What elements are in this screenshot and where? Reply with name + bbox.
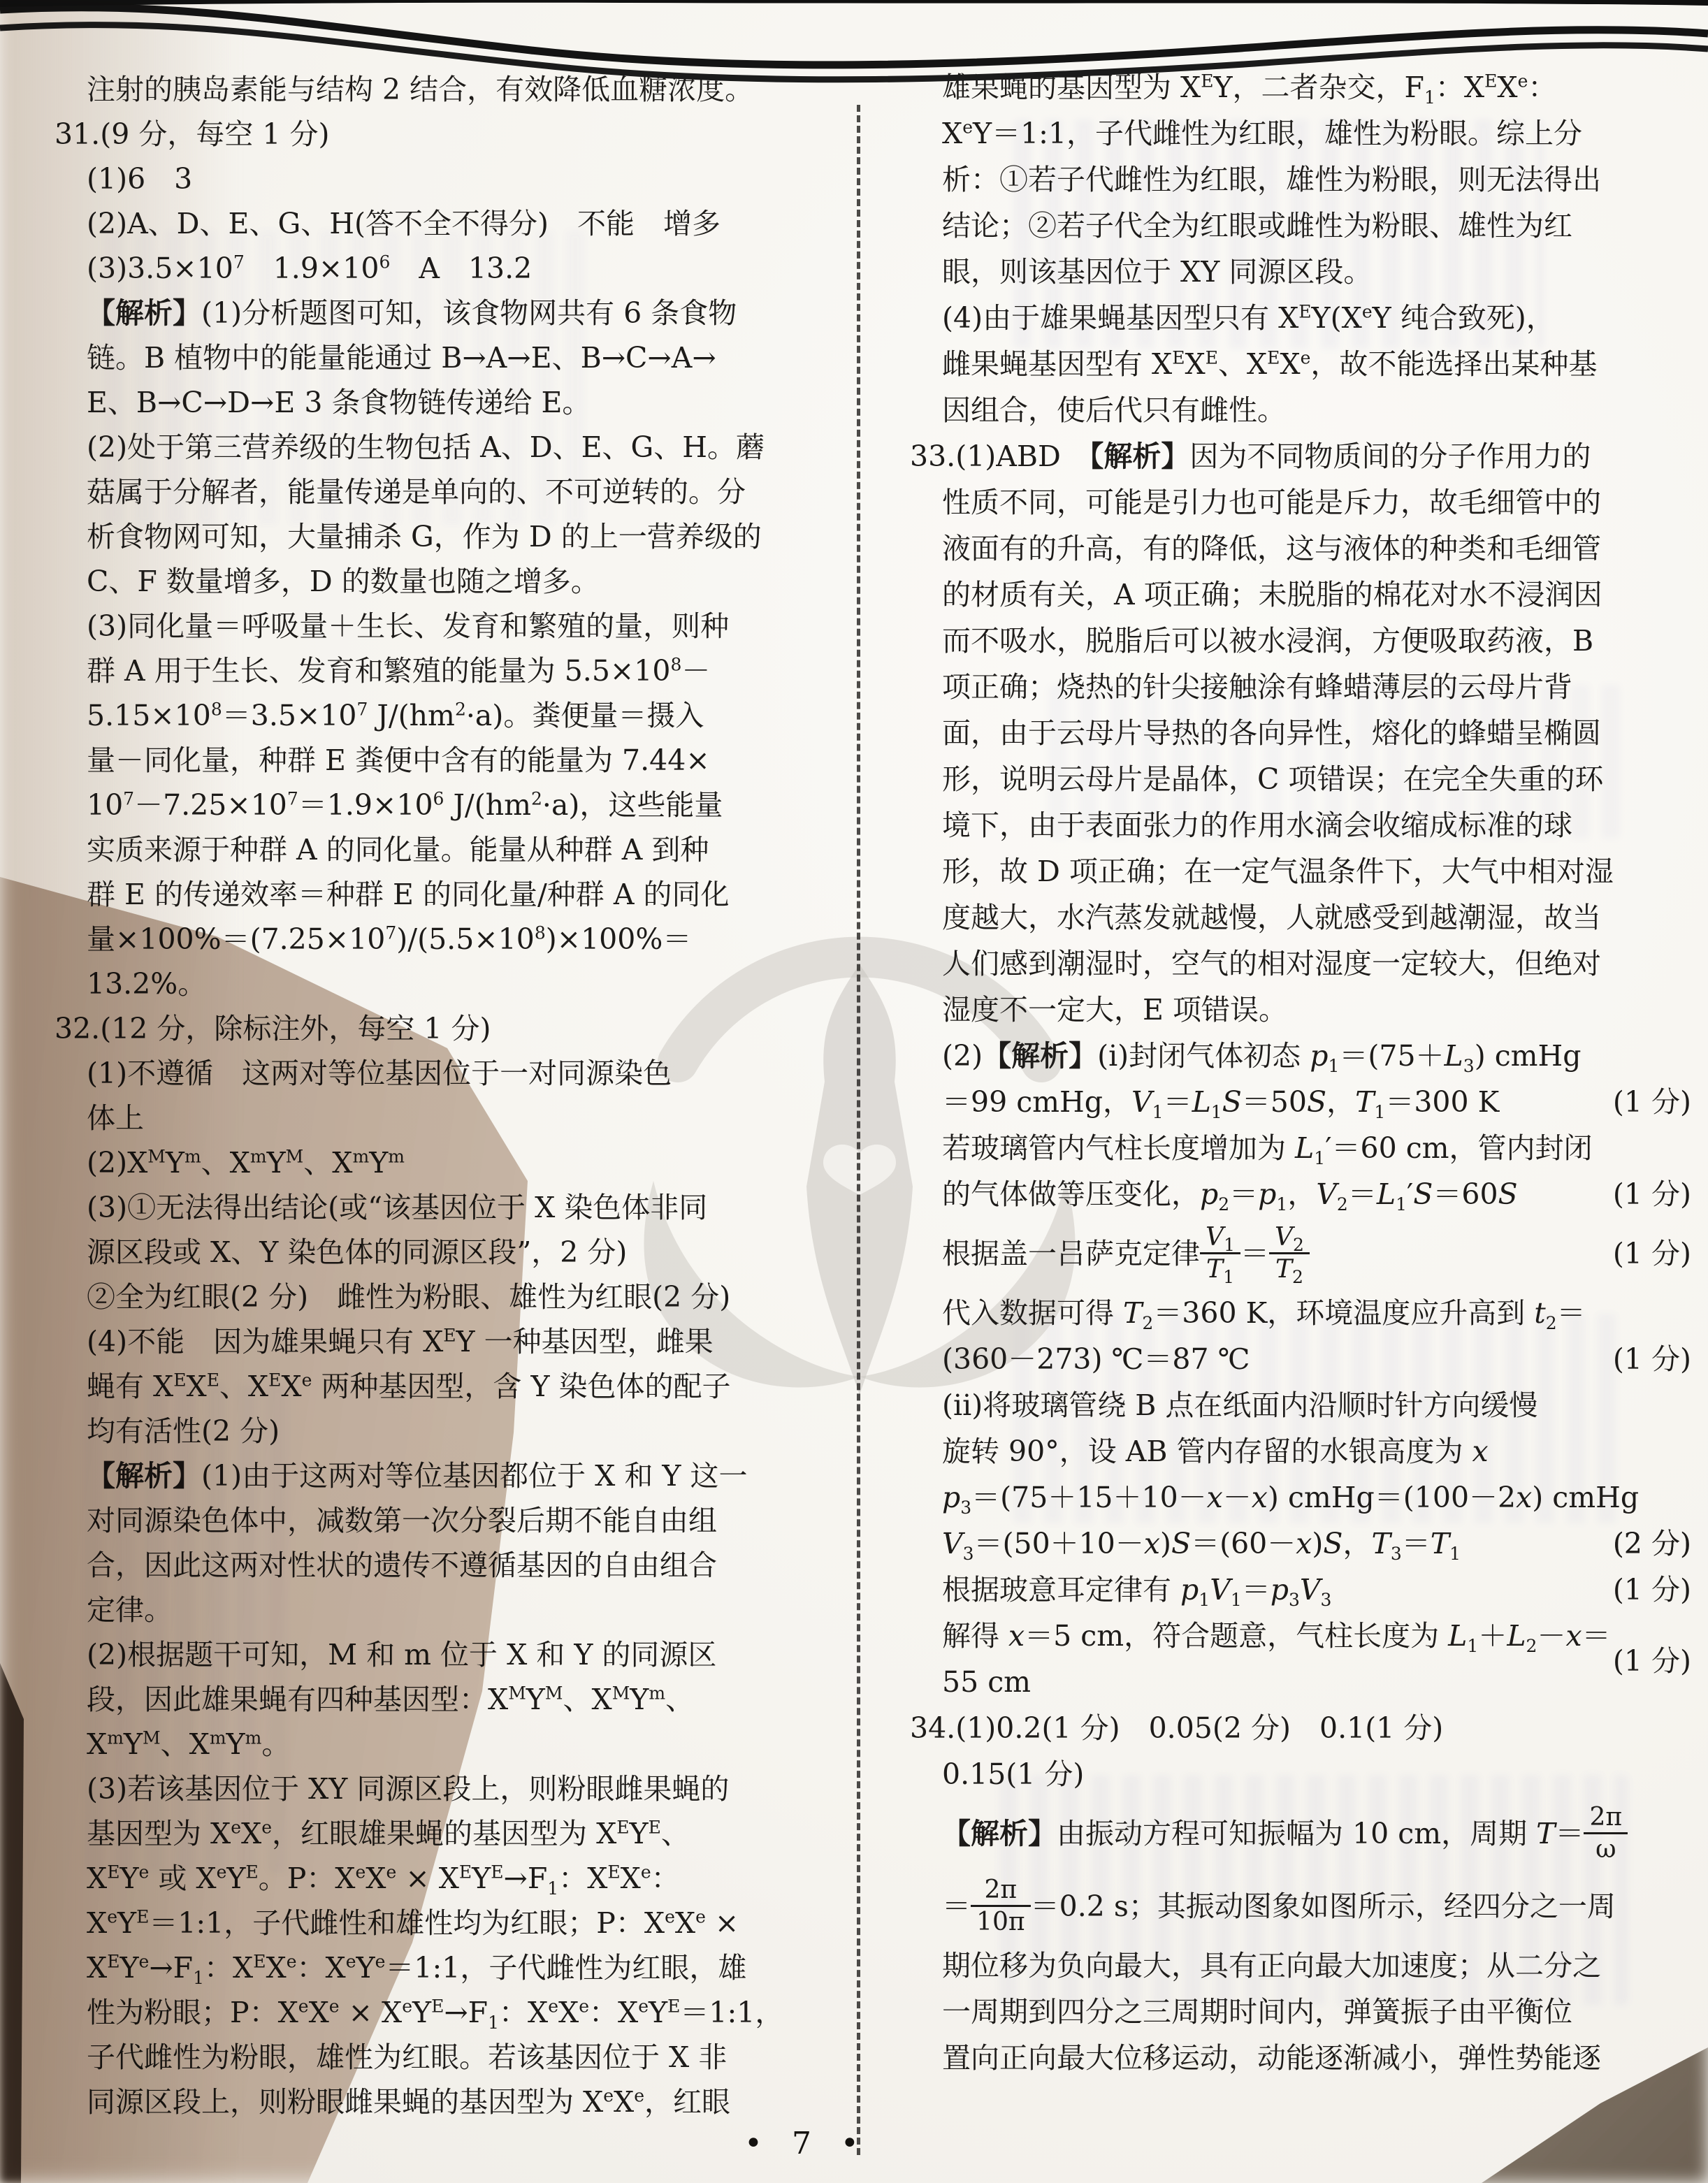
text-line: 5.15×108＝3.5×107 J/(hm2·a)。粪便量＝摄入 [55,693,844,738]
text-line: 基因型为 XeXe，红眼雄果蝇的基因型为 XEYE、 [55,1811,844,1856]
text-line: (2)根据题干可知，M 和 m 位于 X 和 Y 的同源区 [55,1632,844,1677]
text-line: 34.(1)0.2(1 分) 0.05(2 分) 0.1(1 分) [910,1705,1691,1751]
text-line: V3＝(50＋10－x)S＝(60－x)S，T3＝T1(2 分) [910,1521,1691,1567]
text-line: 子代雌性为粉眼，雄性为红眼。若该基因位于 X 非 [55,2035,844,2080]
score-mark: (1 分) [1613,1567,1691,1613]
text-line: E、B→C→D→E 3 条食物链传递给 E。 [55,380,844,425]
text-line: 析食物网可知，大量捕杀 G，作为 D 的上一营养级的 [55,514,844,559]
text-line: 107－7.25×107＝1.9×106 J/(hm2·a)，这些能量 [55,783,844,827]
text-line: (4)由于雄果蝇基因型只有 XEY(XeY 纯合致死)， [910,295,1691,341]
text-line: 根据玻意耳定律有 p1V1＝p3V3(1 分) [910,1567,1691,1613]
text-line: 度越大，水汽蒸发就越慢，人就感受到越潮湿，故当 [910,894,1691,941]
text-line: XeY＝1:1，子代雌性为红眼，雄性为粉眼。综上分 [910,110,1691,157]
text-line: 置向正向最大位移运动，动能逐渐减小，弹性势能逐 [910,2035,1691,2081]
text-line: 境下，由于表面张力的作用水滴会收缩成标准的球 [910,802,1691,848]
text-line: 解得 x＝5 cm，符合题意，气柱长度为 L1＋L2－x＝ [910,1613,1691,1659]
text-line: 的气体做等压变化，p2＝p1，V2＝L1′S＝60S(1 分) [910,1171,1691,1217]
text-line: 均有活性(2 分) [55,1409,844,1453]
score-mark: (1 分) [1613,1079,1691,1125]
text-line: 湿度不一定大，E 项错误。 [910,987,1691,1033]
text-line: 根据盖一吕萨克定律V1T1＝V2T2(1 分) [910,1217,1691,1290]
text-line: 菇属于分解者，能量传递是单向的、不可逆转的。分 [55,470,844,514]
text-line: 段，因此雄果蝇有四种基因型：XMYM、XMYm、 [55,1677,844,1722]
text-line: 形，故 D 项正确；在一定气温条件下，大气中相对湿 [910,848,1691,894]
text-line: ＝99 cmHg，V1＝L1S＝50S，T1＝300 K(1 分) [910,1079,1691,1125]
score-mark: (1 分) [1613,1638,1691,1684]
text-line: XEYe 或 XeYE。P：XeXe × XEYE→F1：XEXe： [55,1856,844,1901]
text-line: 体上 [55,1096,844,1140]
text-line: (2)处于第三营养级的生物包括 A、D、E、G、H。蘑 [55,425,844,470]
text-line: 定律。 [55,1588,844,1632]
text-line: 55 cm(1 分) [910,1659,1691,1705]
text-line: 性为粉眼；P：XeXe × XeYE→F1：XeXe：XeYE＝1:1， [55,1990,844,2035]
text-line: 一周期到四分之三周期时间内，弹簧振子由平衡位 [910,1989,1691,2035]
text-line: 因组合，使后代只有雌性。 [910,387,1691,433]
text-line: (1)6 3 [55,157,844,201]
text-line: 31.(9 分，每空 1 分) [55,112,844,157]
text-line: 眼，则该基因位于 XY 同源区段。 [910,249,1691,295]
left-column: 注射的胰岛素能与结构 2 结合，有效降低血糖浓度。31.(9 分，每空 1 分)… [55,67,844,2124]
text-line: XEYe→F1：XEXe：XeYe＝1:1，子代雌性为红眼，雄 [55,1945,844,1990]
text-line: 的材质有关，A 项正确；未脱脂的棉花对水不浸润因 [910,572,1691,618]
score-mark: (1 分) [1613,1217,1691,1290]
text-line: 结论；②若子代全为红眼或雌性为粉眼、雄性为红 [910,203,1691,249]
text-line: XeYE＝1:1，子代雌性和雄性均为红眼；P：XeXe × [55,1901,844,1945]
text-line: 链。B 植物中的能量能通过 B→A→E、B→C→A→ [55,335,844,380]
text-line: 人们感到潮湿时，空气的相对湿度一定较大，但绝对 [910,941,1691,987]
text-line: 实质来源于种群 A 的同化量。能量从种群 A 到种 [55,827,844,872]
text-line: (ⅱ)将玻璃管绕 B 点在纸面内沿顺时针方向缓慢 [910,1382,1691,1428]
text-line: 雌果蝇基因型有 XEXE、XEXe，故不能选择出某种基 [910,341,1691,387]
text-line: (3)同化量＝呼吸量＋生长、发育和繁殖的量，则种 [55,604,844,648]
text-line: XmYM、XmYm。 [55,1722,844,1767]
text-line: 【解析】(1)由于这两对等位基因都位于 X 和 Y 这一 [55,1453,844,1498]
text-line: 33.(1)ABD 【解析】因为不同物质间的分子作用力的 [910,433,1691,479]
text-line: p3＝(75＋15＋10－x－x) cmHg＝(100－2x) cmHg [910,1474,1691,1521]
text-line: 项正确；烧热的针尖接触涂有蜂蜡薄层的云母片背 [910,664,1691,710]
text-line: (3)3.5×107 1.9×106 A 13.2 [55,246,844,291]
text-line: 而不吸水，脱脂后可以被水浸润，方便吸取药液，B [910,618,1691,664]
text-line: 旋转 90°，设 AB 管内存留的水银高度为 x [910,1428,1691,1474]
text-line: 源区段或 X、Y 染色体的同源区段”，2 分) [55,1230,844,1275]
text-line: 同源区段上，则粉眼雌果蝇的基因型为 XeXe，红眼 [55,2080,844,2124]
text-line: 量×100%＝(7.25×107)/(5.5×108)×100%＝ [55,917,844,962]
text-line: 【解析】(1)分析题图可知，该食物网共有 6 条食物 [55,291,844,335]
text-line: 对同源染色体中，减数第一次分裂后期不能自由组 [55,1498,844,1543]
text-line: (1)不遵循 这两对等位基因位于一对同源染色 [55,1051,844,1096]
score-mark: (1 分) [1613,1336,1691,1382]
text-line: 性质不同，可能是引力也可能是斥力，故毛细管中的 [910,479,1691,525]
right-column: 雄果蝇的基因型为 XEY，二者杂交，F1：XEXe：XeY＝1:1，子代雌性为红… [910,64,1691,2081]
text-line: 13.2%。 [55,962,844,1006]
text-line: (4)不能 因为雄果蝇只有 XEY 一种基因型，雌果 [55,1319,844,1364]
text-line: 【解析】由振动方程可知振幅为 10 cm，周期 T＝2πω [910,1797,1691,1870]
text-line: 雄果蝇的基因型为 XEY，二者杂交，F1：XEXe： [910,64,1691,110]
text-line: (2)A、D、E、G、H(答不全不得分) 不能 增多 [55,201,844,246]
text-line: 析：①若子代雌性为红眼，雄性为粉眼，则无法得出 [910,157,1691,203]
text-line: 若玻璃管内气柱长度增加为 L1′＝60 cm，管内封闭 [910,1125,1691,1171]
column-divider [857,105,860,2155]
text-line: (360－273) ℃＝87 ℃(1 分) [910,1336,1691,1382]
text-line: 合，因此这两对性状的遗传不遵循基因的自由组合 [55,1543,844,1588]
score-mark: (2 分) [1613,1521,1691,1567]
text-line: (3)①无法得出结论(或“该基因位于 X 染色体非同 [55,1185,844,1230]
text-line: 量－同化量，种群 E 粪便中含有的能量为 7.44× [55,738,844,783]
text-line: ②全为红眼(2 分) 雌性为粉眼、雄性为红眼(2 分) [55,1275,844,1319]
text-line: 注射的胰岛素能与结构 2 结合，有效降低血糖浓度。 [55,67,844,112]
text-line: (2)XMYm、XmYM、XmYm [55,1140,844,1185]
text-line: 0.15(1 分) [910,1751,1691,1797]
text-line: 面，由于云母片导热的各向异性，熔化的蜂蜡呈椭圆 [910,710,1691,756]
text-line: 群 A 用于生长、发育和繁殖的能量为 5.5×108－ [55,648,844,693]
text-line: (3)若该基因位于 XY 同源区段上，则粉眼雌果蝇的 [55,1767,844,1811]
text-line: 代入数据可得 T2＝360 K，环境温度应升高到 t2＝ [910,1290,1691,1336]
text-line: (2)【解析】(ⅰ)封闭气体初态 p1＝(75＋L3) cmHg [910,1033,1691,1079]
page-number: • 7 • [744,2126,869,2161]
text-line: 液面有的升高，有的降低，这与液体的种类和毛细管 [910,525,1691,572]
text-line: C、F 数量增多，D 的数量也随之增多。 [55,559,844,604]
score-mark: (1 分) [1613,1171,1691,1217]
text-line: 群 E 的传递效率＝种群 E 的同化量/种群 A 的同化 [55,872,844,917]
text-line: 形，说明云母片是晶体，C 项错误；在完全失重的环 [910,756,1691,802]
text-line: 期位移为负向最大，具有正向最大加速度；从二分之 [910,1943,1691,1989]
text-line: ＝2π10π＝0.2 s；其振动图象如图所示，经四分之一周 [910,1870,1691,1943]
text-line: 蝇有 XEXE、XEXe 两种基因型，含 Y 染色体的配子 [55,1364,844,1409]
text-line: 32.(12 分，除标注外，每空 1 分) [55,1006,844,1051]
